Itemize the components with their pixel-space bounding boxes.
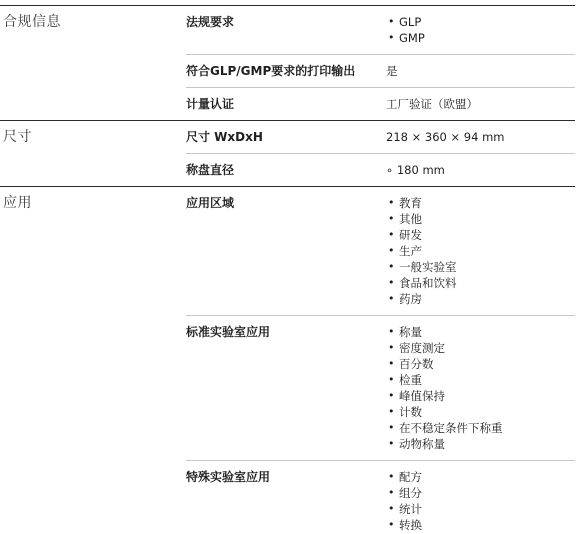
bullet-icon: • bbox=[386, 243, 399, 259]
bullet-icon: • bbox=[386, 388, 399, 404]
list-item-text: 食品和饮料 bbox=[399, 275, 457, 291]
bullet-icon: • bbox=[386, 404, 399, 420]
bullet-icon: • bbox=[386, 259, 399, 275]
list-item-text: 计数 bbox=[399, 404, 422, 420]
bullet-icon: • bbox=[386, 340, 399, 356]
list-item: •百分数 bbox=[386, 356, 575, 372]
section-title: 尺寸 bbox=[0, 121, 186, 186]
bullet-icon: • bbox=[386, 324, 399, 340]
list-item-text: 百分数 bbox=[399, 356, 434, 372]
list-item-text: 检重 bbox=[399, 372, 422, 388]
bullet-icon: • bbox=[386, 30, 399, 46]
spec-value: ∘ 180 mm bbox=[386, 162, 575, 178]
spec-label: 应用区域 bbox=[186, 195, 386, 307]
list-item-text: 一般实验室 bbox=[399, 259, 457, 275]
bullet-icon: • bbox=[386, 436, 399, 452]
spec-value-list: •称量 •密度测定 •百分数 •检重 •峰值保持 •计数 •在不稳定条件下称重 … bbox=[386, 324, 575, 452]
list-item: •食品和饮料 bbox=[386, 275, 575, 291]
spec-value: 是 bbox=[386, 63, 575, 79]
bullet-icon: • bbox=[386, 517, 399, 533]
list-item-text: 密度测定 bbox=[399, 340, 445, 356]
bullet-icon: • bbox=[386, 227, 399, 243]
section-rows: 尺寸 WxDxH 218 × 360 × 94 mm 称盘直径 ∘ 180 mm bbox=[186, 121, 575, 186]
section-rows: 法规要求 •GLP •GMP 符合GLP/GMP要求的打印输出 是 计量认证 工… bbox=[186, 6, 575, 120]
bullet-icon: • bbox=[386, 275, 399, 291]
list-item: •转换 bbox=[386, 517, 575, 533]
spec-value: 218 × 360 × 94 mm bbox=[386, 129, 575, 145]
section-title: 合规信息 bbox=[0, 6, 186, 120]
spec-label: 标准实验室应用 bbox=[186, 324, 386, 452]
spec-row-standard-lab-applications: 标准实验室应用 •称量 •密度测定 •百分数 •检重 •峰值保持 •计数 •在不… bbox=[186, 316, 575, 461]
bullet-icon: • bbox=[386, 211, 399, 227]
list-item: •研发 bbox=[386, 227, 575, 243]
spec-table: 合规信息 法规要求 •GLP •GMP 符合GLP/GMP要求的打印输出 是 计… bbox=[0, 5, 575, 534]
section-dimensions: 尺寸 尺寸 WxDxH 218 × 360 × 94 mm 称盘直径 ∘ 180… bbox=[0, 121, 575, 187]
list-item: •药房 bbox=[386, 291, 575, 307]
list-item-text: 转换 bbox=[399, 517, 422, 533]
list-item: •其他 bbox=[386, 211, 575, 227]
list-item-text: 药房 bbox=[399, 291, 422, 307]
spec-value-list: •配方 •组分 •统计 •转换 bbox=[386, 469, 575, 533]
bullet-icon: • bbox=[386, 485, 399, 501]
section-title: 应用 bbox=[0, 187, 186, 534]
list-item: •组分 bbox=[386, 485, 575, 501]
list-item: •在不稳定条件下称重 bbox=[386, 420, 575, 436]
list-item: •密度测定 bbox=[386, 340, 575, 356]
bullet-icon: • bbox=[386, 291, 399, 307]
spec-label: 符合GLP/GMP要求的打印输出 bbox=[186, 63, 386, 79]
section-applications: 应用 应用区域 •教育 •其他 •研发 •生产 •一般实验室 •食品和饮料 •药… bbox=[0, 187, 575, 534]
list-item: •教育 bbox=[386, 195, 575, 211]
spec-label: 尺寸 WxDxH bbox=[186, 129, 386, 145]
list-item: •检重 bbox=[386, 372, 575, 388]
list-item: •一般实验室 bbox=[386, 259, 575, 275]
list-item: •生产 bbox=[386, 243, 575, 259]
list-item-text: 配方 bbox=[399, 469, 422, 485]
bullet-icon: • bbox=[386, 195, 399, 211]
list-item-text: 称量 bbox=[399, 324, 422, 340]
list-item-text: 统计 bbox=[399, 501, 422, 517]
spec-label: 法规要求 bbox=[186, 14, 386, 46]
list-item-text: 组分 bbox=[399, 485, 422, 501]
list-item-text: 教育 bbox=[399, 195, 422, 211]
list-item-text: 其他 bbox=[399, 211, 422, 227]
spec-row-pan-diameter: 称盘直径 ∘ 180 mm bbox=[186, 154, 575, 186]
list-item-text: GMP bbox=[399, 30, 425, 46]
list-item-text: 生产 bbox=[399, 243, 422, 259]
spec-value-list: •GLP •GMP bbox=[386, 14, 575, 46]
list-item-text: GLP bbox=[399, 14, 421, 30]
spec-row-glp-gmp-printout: 符合GLP/GMP要求的打印输出 是 bbox=[186, 55, 575, 88]
bullet-icon: • bbox=[386, 420, 399, 436]
spec-row-application-areas: 应用区域 •教育 •其他 •研发 •生产 •一般实验室 •食品和饮料 •药房 bbox=[186, 187, 575, 316]
list-item: •配方 bbox=[386, 469, 575, 485]
bullet-icon: • bbox=[386, 14, 399, 30]
spec-row-metrology-certification: 计量认证 工厂验证（欧盟） bbox=[186, 88, 575, 120]
list-item: •动物称量 bbox=[386, 436, 575, 452]
spec-label: 计量认证 bbox=[186, 96, 386, 112]
bullet-icon: • bbox=[386, 501, 399, 517]
spec-row-regulatory-requirements: 法规要求 •GLP •GMP bbox=[186, 6, 575, 55]
list-item: •峰值保持 bbox=[386, 388, 575, 404]
list-item-text: 峰值保持 bbox=[399, 388, 445, 404]
spec-row-special-lab-applications: 特殊实验室应用 •配方 •组分 •统计 •转换 bbox=[186, 461, 575, 534]
list-item-text: 动物称量 bbox=[399, 436, 445, 452]
list-item: •GMP bbox=[386, 30, 575, 46]
spec-value-list: •教育 •其他 •研发 •生产 •一般实验室 •食品和饮料 •药房 bbox=[386, 195, 575, 307]
list-item-text: 研发 bbox=[399, 227, 422, 243]
bullet-icon: • bbox=[386, 372, 399, 388]
list-item: •称量 bbox=[386, 324, 575, 340]
list-item: •计数 bbox=[386, 404, 575, 420]
spec-label: 称盘直径 bbox=[186, 162, 386, 178]
list-item: •GLP bbox=[386, 14, 575, 30]
spec-value: 工厂验证（欧盟） bbox=[386, 96, 575, 112]
list-item-text: 在不稳定条件下称重 bbox=[399, 420, 503, 436]
spec-row-dimensions-wdh: 尺寸 WxDxH 218 × 360 × 94 mm bbox=[186, 121, 575, 154]
bullet-icon: • bbox=[386, 469, 399, 485]
bullet-icon: • bbox=[386, 356, 399, 372]
section-rows: 应用区域 •教育 •其他 •研发 •生产 •一般实验室 •食品和饮料 •药房 标… bbox=[186, 187, 575, 534]
spec-label: 特殊实验室应用 bbox=[186, 469, 386, 533]
list-item: •统计 bbox=[386, 501, 575, 517]
section-compliance-info: 合规信息 法规要求 •GLP •GMP 符合GLP/GMP要求的打印输出 是 计… bbox=[0, 6, 575, 121]
